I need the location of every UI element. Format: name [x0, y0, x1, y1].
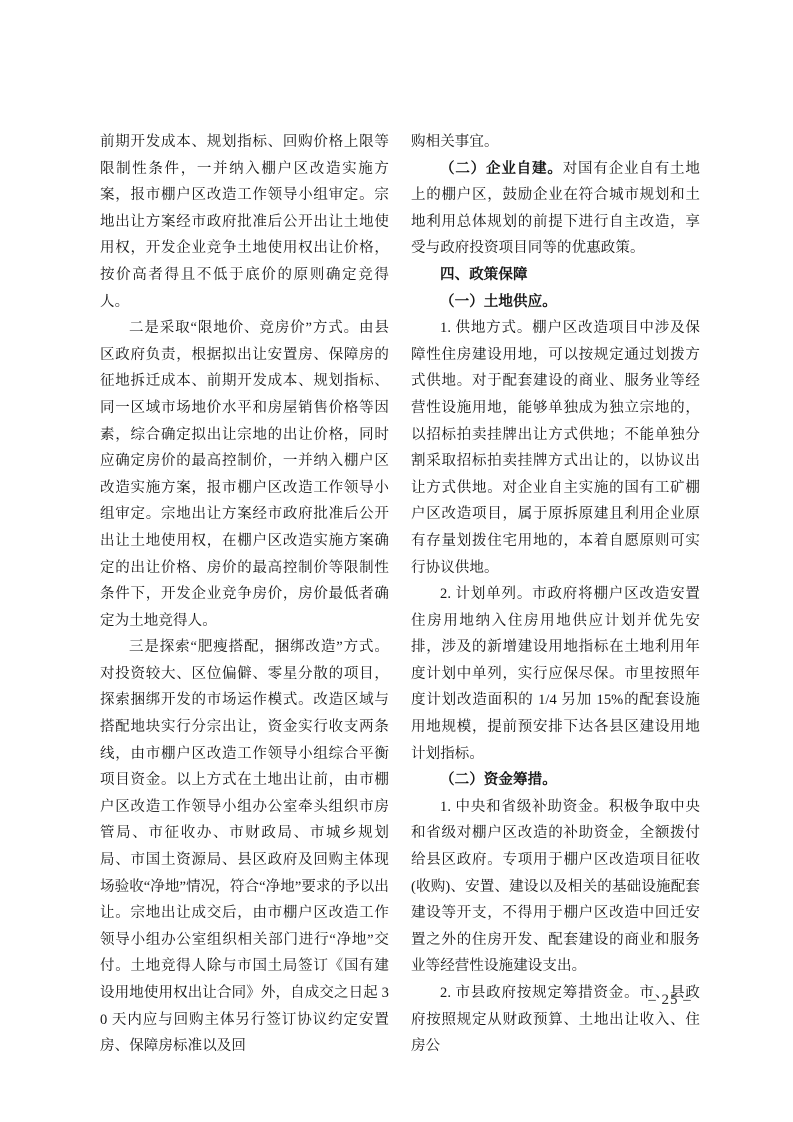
text-run: 中央和省级补助资金。 — [456, 799, 609, 815]
left-column: 前期开发成本、规划指标、回购价格上限等限制性条件，一并纳入棚户区改造实施方案，报… — [100, 129, 389, 1060]
text-run: （二）资金筹措。 — [440, 772, 557, 788]
text-run: （二）企业自建。 — [440, 161, 563, 177]
text-run: 四、政策保障 — [440, 267, 528, 283]
text-run: 棚户区改造项目中涉及保障性住房建设用地，可以按规定通过划拨方式供地。对于配套建设… — [411, 320, 700, 575]
paragraph: 1. 供地方式。棚户区改造项目中涉及保障性住房建设用地，可以按规定通过划拨方式供… — [411, 315, 700, 581]
document-page: 前期开发成本、规划指标、回购价格上限等限制性条件，一并纳入棚户区改造实施方案，报… — [0, 0, 793, 1122]
paragraph: （二）企业自建。对国有企业自有土地上的棚户区，鼓励企业在符合城市规划和土地利用总… — [411, 156, 700, 262]
text-run: （一）土地供应。 — [440, 294, 557, 310]
paragraph: 四、政策保障 — [411, 262, 700, 289]
paragraph: （一）土地供应。 — [411, 289, 700, 316]
text-run: 1. — [440, 799, 456, 815]
text-run: 2. — [440, 586, 456, 602]
page-number: – 25 – — [620, 992, 720, 1009]
right-column: 购相关事宜。（二）企业自建。对国有企业自有土地上的棚户区，鼓励企业在符合城市规划… — [411, 129, 700, 1060]
text-run: 1. — [440, 320, 456, 336]
text-run: 市政府将棚户区改造安置住房用地纳入住房用地供应计划并优先安排，涉及的新增建设用地… — [411, 586, 700, 762]
paragraph: 二是采取“限地价、竞房价”方式。由县区政府负责，根据拟出让安置房、保障房的征地拆… — [100, 315, 389, 634]
text-run: 三是探索“肥瘦搭配，捆绑改造”方式。对投资较大、区位偏僻、零星分散的项目，探索捆… — [100, 639, 389, 1054]
paragraph: 前期开发成本、规划指标、回购价格上限等限制性条件，一并纳入棚户区改造实施方案，报… — [100, 129, 389, 315]
paragraph: （二）资金筹措。 — [411, 767, 700, 794]
text-run: 供地方式。 — [456, 320, 533, 336]
text-run: 积极争取中央和省级对棚户区改造的补助资金，全额拨付给县区政府。专项用于棚户区改造… — [411, 799, 700, 975]
paragraph: 三是探索“肥瘦搭配，捆绑改造”方式。对投资较大、区位偏僻、零星分散的项目，探索捆… — [100, 634, 389, 1060]
paragraph: 1. 中央和省级补助资金。积极争取中央和省级对棚户区改造的补助资金，全额拨付给县… — [411, 794, 700, 980]
text-run: 计划单列。 — [456, 586, 533, 602]
text-run: 购相关事宜。 — [411, 134, 499, 150]
text-run: 2. — [440, 985, 456, 1001]
paragraph: 2. 计划单列。市政府将棚户区改造安置住房用地纳入住房用地供应计划并优先安排，涉… — [411, 581, 700, 767]
text-run: 二是采取“限地价、竞房价”方式。由县区政府负责，根据拟出让安置房、保障房的征地拆… — [100, 320, 389, 629]
text-run: 市县政府按规定筹措资金。 — [456, 985, 640, 1001]
text-run: 前期开发成本、规划指标、回购价格上限等限制性条件，一并纳入棚户区改造实施方案，报… — [100, 134, 389, 310]
paragraph: 购相关事宜。 — [411, 129, 700, 156]
